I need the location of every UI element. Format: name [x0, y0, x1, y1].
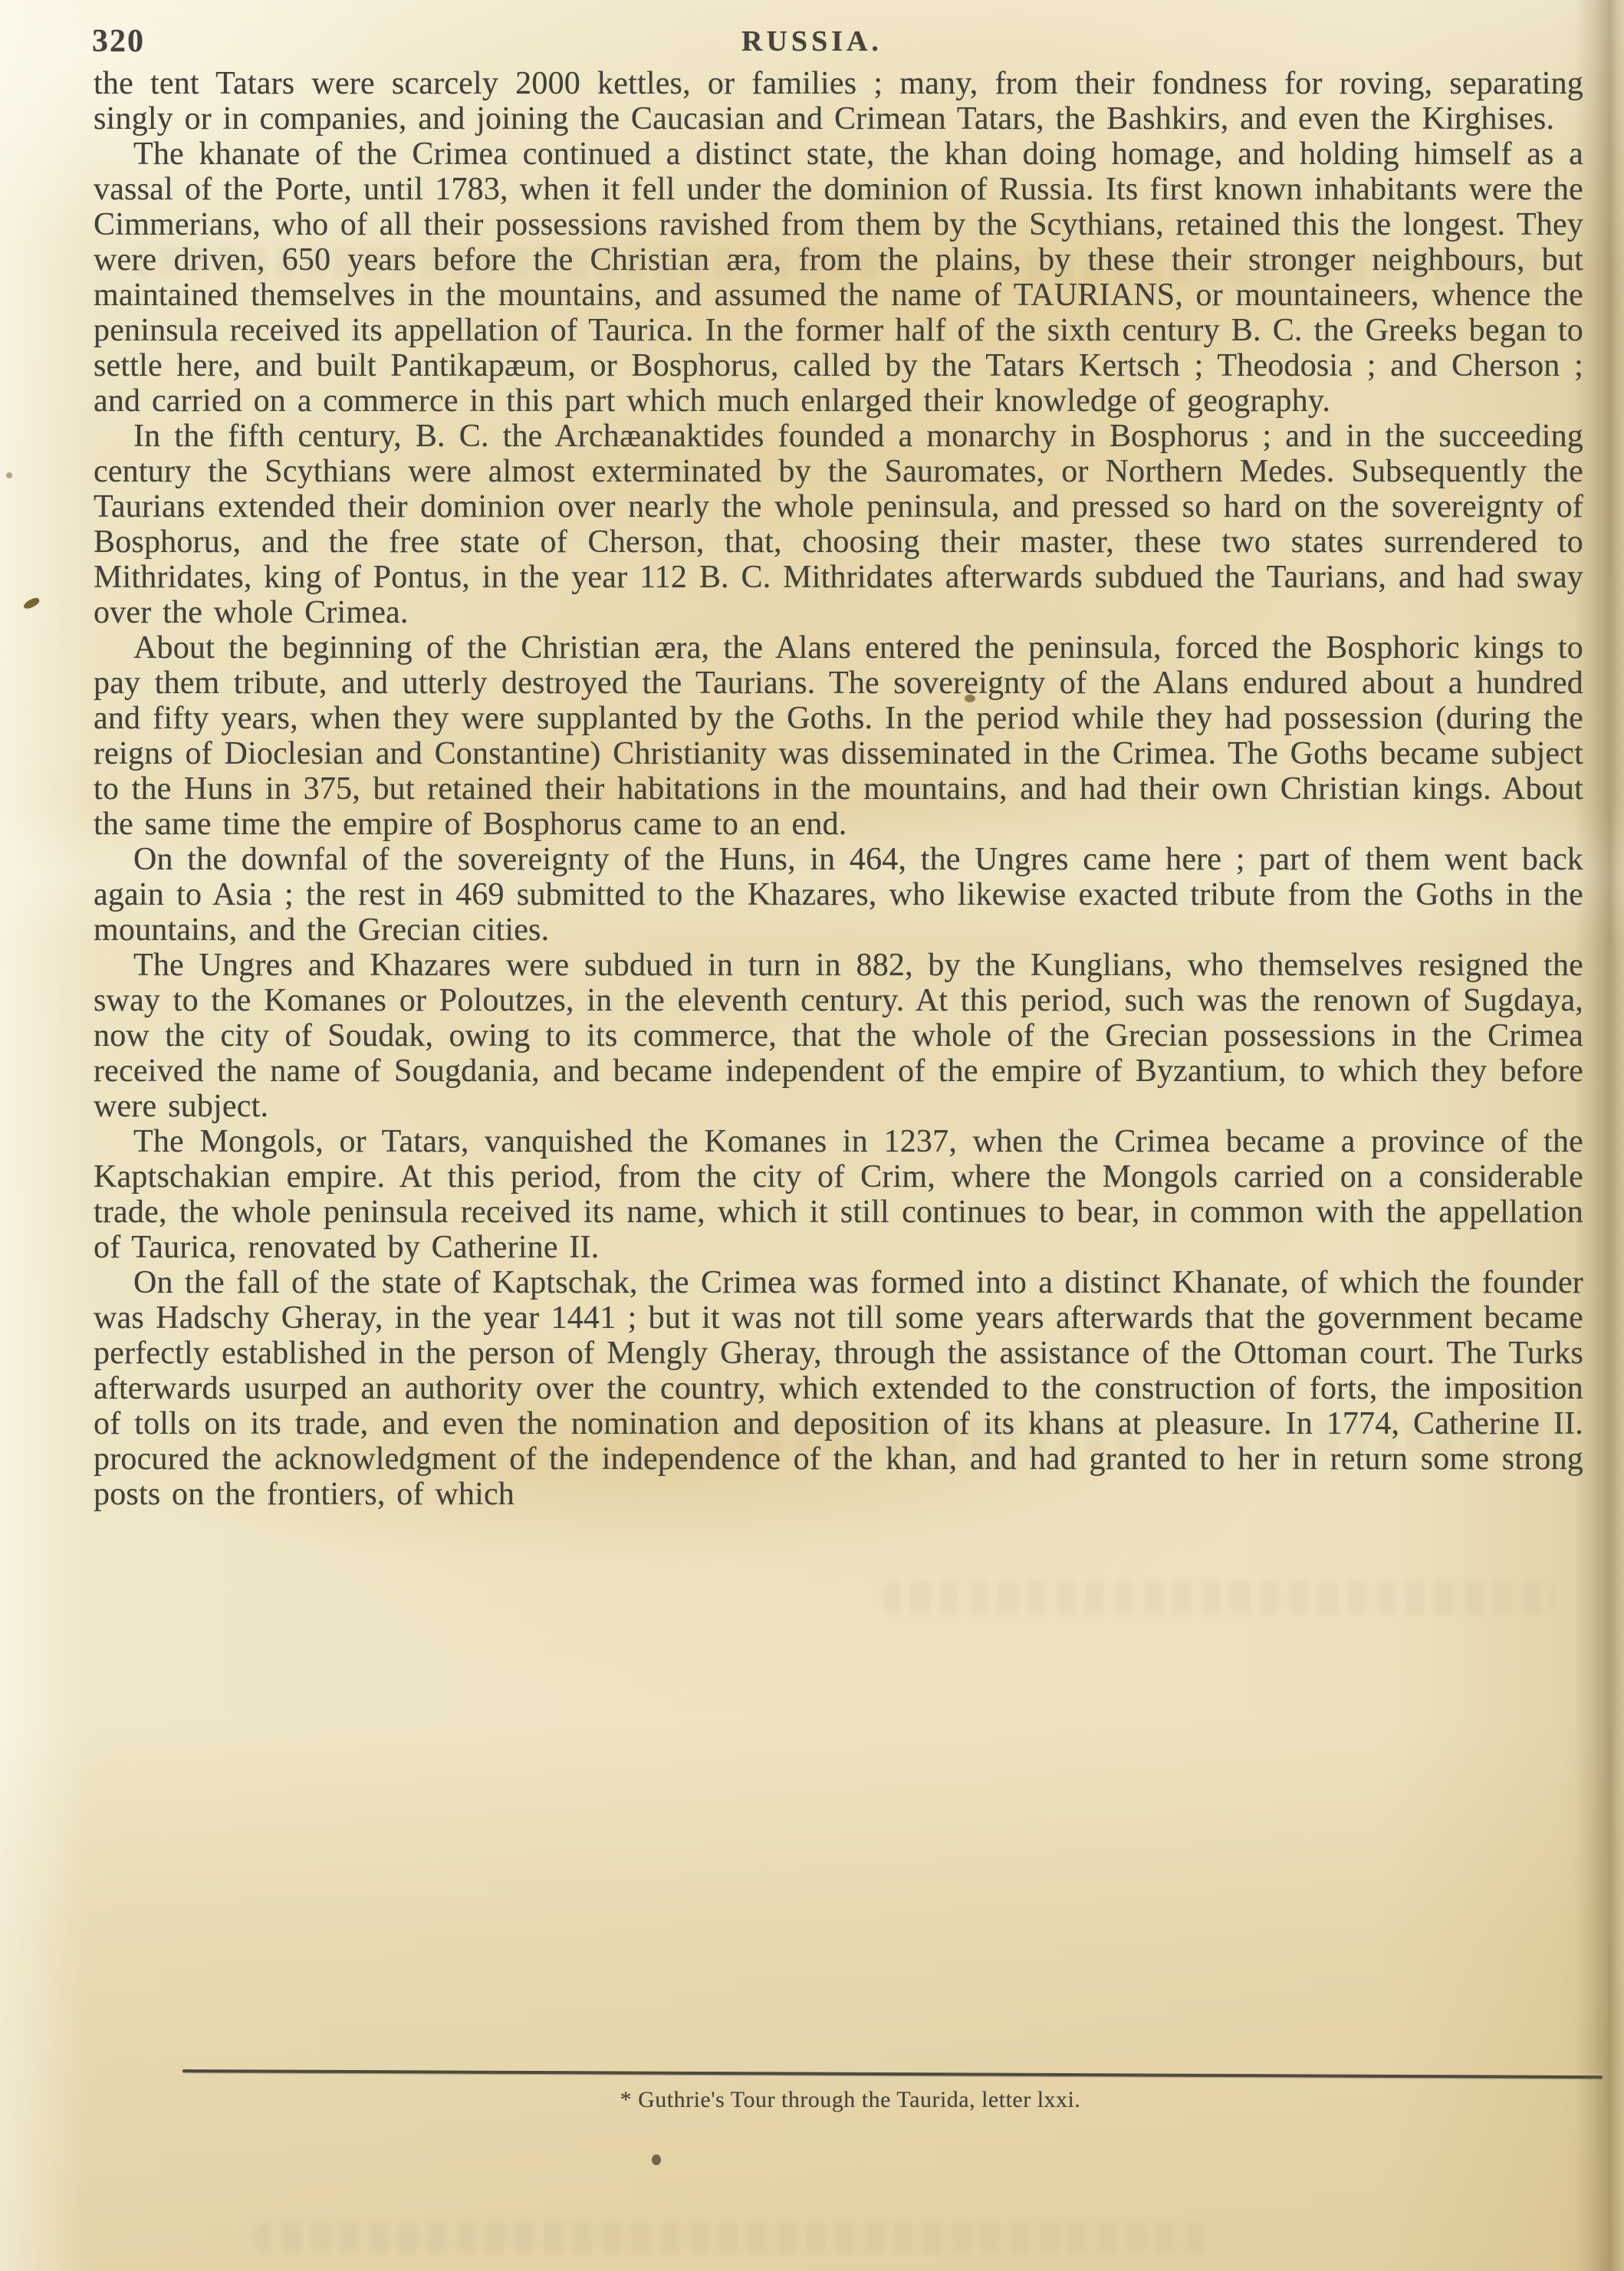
- paragraph-ungres-khazares: The Ungres and Khazares were subdued in …: [94, 948, 1583, 1124]
- page-right-edge-shadow: [1575, 0, 1624, 2271]
- footnote-divider-rule: [182, 2069, 1603, 2079]
- ink-speck: [965, 695, 975, 702]
- paper-stain: [0, 1725, 1624, 2271]
- running-header: RUSSIA.: [0, 25, 1624, 58]
- paragraph-fifth-century: In the fifth century, B. C. the Archæana…: [94, 419, 1583, 630]
- paragraph-khanate-history: The khanate of the Crimea continued a di…: [94, 136, 1583, 419]
- ink-speck: [652, 2154, 661, 2165]
- footnote: * Guthrie's Tour through the Taurida, le…: [77, 2087, 1624, 2113]
- paragraph-mongols-tatars: The Mongols, or Tatars, vanquished the K…: [94, 1124, 1583, 1265]
- paragraph-continuation: the tent Tatars were scarcely 2000 kettl…: [94, 66, 1583, 136]
- book-page-scan: 320 RUSSIA. the tent Tatars were scarcel…: [0, 0, 1624, 2271]
- body-text: the tent Tatars were scarcely 2000 kettl…: [94, 66, 1583, 1512]
- paragraph-kaptschak-khanate: On the fall of the state of Kaptschak, t…: [94, 1265, 1583, 1512]
- paragraph-alans-goths: About the beginning of the Christian æra…: [94, 630, 1583, 842]
- paragraph-huns-ungres: On the downfal of the sovereignty of the…: [94, 842, 1583, 948]
- bleed-through-text-smudge: [253, 2222, 1211, 2253]
- bleed-through-text-smudge: [882, 1581, 1557, 1615]
- ink-speck: [6, 472, 12, 478]
- page-left-margin-light: [0, 0, 84, 2271]
